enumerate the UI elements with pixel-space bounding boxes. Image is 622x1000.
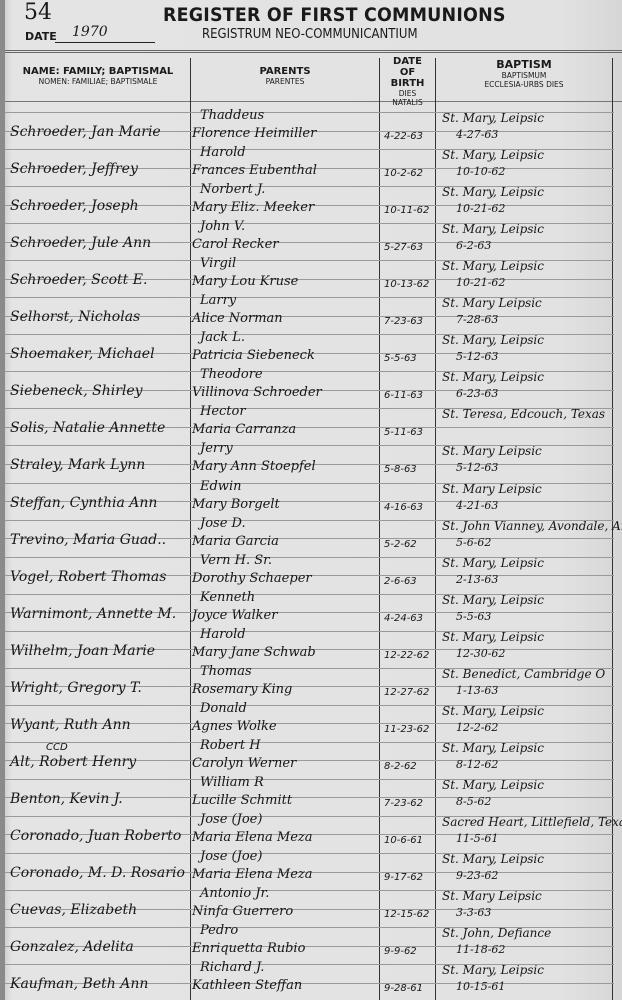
mother-name: Lucille Schmitt [192,793,292,808]
father-name: Virgil [200,256,236,271]
baptism-church: St. Mary, Leipsic [442,852,544,866]
communicant-name: Benton, Kevin J. [10,791,123,807]
column-header-divider [5,101,622,102]
column-header-birth-sub: DIES NATALIS [390,89,426,107]
entry-note: CCD [46,742,68,753]
column-header-baptism: BAPTISM BAPTISMUM ECCLESIA-URBS DIES [436,58,612,89]
baptism-date: 5-12-63 [456,350,498,363]
mother-name: Mary Ann Stoepfel [192,459,316,474]
baptism-date: 10-21-62 [456,202,505,215]
column-divider-birth-baptism [435,58,436,1000]
communicant-name: Straley, Mark Lynn [10,457,145,473]
register-page: 54 REGISTER OF FIRST COMMUNIONS REGISTRU… [0,0,622,1000]
mother-name: Dorothy Schaeper [192,571,312,586]
father-name: Pedro [200,923,238,938]
date-value: 1970 [72,24,108,40]
mother-name: Maria Elena Meza [192,867,313,882]
header-divider [5,50,622,53]
father-name: Thaddeus [200,108,264,123]
page-subtitle: REGISTRUM NEO-COMMUNICANTIUM [202,27,418,42]
father-name: Robert H [200,738,261,753]
mother-name: Mary Eliz. Meeker [192,200,314,215]
communicant-name: Warnimont, Annette M. [10,606,176,622]
birth-date: 12-22-62 [384,650,429,661]
father-name: Harold [200,145,246,160]
communicant-name: Trevino, Maria Guad.. [10,532,166,548]
mother-name: Enriquetta Rubio [192,941,305,956]
date-label: DATE [25,30,57,43]
mother-name: Mary Borgelt [192,497,280,512]
baptism-church: Sacred Heart, Littlefield, Texas [442,815,622,829]
mother-name: Mary Jane Schwab [192,645,316,660]
father-name: Jose (Joe) [200,812,262,827]
birth-date: 2-6-63 [384,576,417,587]
communicant-name: Schroeder, Joseph [10,198,139,214]
mother-name: Florence Heimiller [192,126,316,141]
baptism-church: St. Mary, Leipsic [442,370,544,384]
baptism-church: St. Mary, Leipsic [442,185,544,199]
birth-date: 5-8-63 [384,464,417,475]
baptism-date: 5-6-62 [456,536,491,549]
baptism-date: 6-23-63 [456,387,498,400]
baptism-church: St. Mary, Leipsic [442,630,544,644]
column-header-name: NAME: FAMILY; BAPTISMAL NOMEN: FAMILIAE;… [8,66,188,86]
mother-name: Kathleen Steffan [192,978,302,993]
mother-name: Patricia Siebeneck [192,348,315,363]
communicant-name: Schroeder, Scott E. [10,272,147,288]
baptism-date: 2-13-63 [456,573,498,586]
communicant-name: Kaufman, Beth Ann [10,976,148,992]
father-name: Jack L. [200,330,245,345]
baptism-church: St. John Vianney, Avondale, Ariz [442,519,622,533]
baptism-date: 1-13-63 [456,684,498,697]
communicant-name: Coronado, M. D. Rosario [10,865,185,881]
column-header-birth-main: DATE OF BIRTH [388,56,428,89]
birth-date: 7-23-62 [384,798,423,809]
baptism-date: 7-28-63 [456,313,498,326]
column-divider-parents-birth [379,58,380,1000]
father-name: Jose D. [200,516,246,531]
mother-name: Agnes Wolke [192,719,277,734]
baptism-church: St. Mary, Leipsic [442,111,544,125]
communicant-name: Wyant, Ruth Ann [10,717,131,733]
birth-date: 10-11-62 [384,205,429,216]
baptism-date: 6-2-63 [456,239,491,252]
baptism-date: 11-5-61 [456,832,498,845]
column-header-baptism-sub: BAPTISMUM ECCLESIA-URBS DIES [484,71,564,89]
column-divider-name-parents [190,58,191,1000]
baptism-date: 10-15-61 [456,980,505,993]
communicant-name: Schroeder, Jule Ann [10,235,151,251]
baptism-date: 12-30-62 [456,647,505,660]
column-header-name-sub: NOMEN: FAMILIAE; BAPTISMALE [8,77,188,86]
mother-name: Carol Recker [192,237,279,252]
communicant-name: Wilhelm, Joan Marie [10,643,155,659]
communicant-name: Siebeneck, Shirley [10,383,143,399]
baptism-date: 10-10-62 [456,165,505,178]
column-header-parents: PARENTS PARENTES [192,66,378,86]
baptism-date: 5-12-63 [456,461,498,474]
father-name: Richard J. [200,960,264,975]
baptism-church: St. Mary, Leipsic [442,333,544,347]
father-name: Norbert J. [200,182,265,197]
birth-date: 9-28-61 [384,983,423,994]
column-header-parents-main: PARENTS [192,66,378,77]
father-name: Larry [200,293,236,308]
father-name: Harold [200,627,246,642]
baptism-church: St. Mary, Leipsic [442,778,544,792]
mother-name: Maria Elena Meza [192,830,313,845]
father-name: Theodore [200,367,263,382]
baptism-church: St. Mary Leipsic [442,482,542,496]
father-name: Hector [200,404,246,419]
mother-name: Mary Lou Kruse [192,274,298,289]
communicant-name: Selhorst, Nicholas [10,309,140,325]
page-title: REGISTER OF FIRST COMMUNIONS [163,4,506,26]
communicant-name: Schroeder, Jeffrey [10,161,138,177]
column-header-baptism-main: BAPTISM [436,58,612,71]
baptism-church: St. Benedict, Cambridge O [442,667,605,681]
date-underline [55,42,155,43]
birth-date: 5-27-63 [384,242,423,253]
page-number: 54 [24,0,52,25]
father-name: Kenneth [200,590,255,605]
mother-name: Maria Carranza [192,422,296,437]
baptism-church: St. Mary, Leipsic [442,556,544,570]
birth-date: 8-2-62 [384,761,417,772]
father-name: Vern H. Sr. [200,553,272,568]
baptism-church: St. Teresa, Edcouch, Texas [442,407,605,421]
birth-date: 5-11-63 [384,427,423,438]
baptism-church: St. Mary, Leipsic [442,704,544,718]
father-name: William R [200,775,264,790]
father-name: Donald [200,701,247,716]
mother-name: Rosemary King [192,682,292,697]
communicant-name: Alt, Robert Henry [10,754,136,770]
communicant-name: Vogel, Robert Thomas [10,569,166,585]
birth-date: 4-16-63 [384,502,423,513]
father-name: Jose (Joe) [200,849,262,864]
birth-date: 9-17-62 [384,872,423,883]
baptism-date: 11-18-62 [456,943,505,956]
baptism-date: 4-27-63 [456,128,498,141]
baptism-date: 5-5-63 [456,610,491,623]
baptism-date: 4-21-63 [456,499,498,512]
mother-name: Frances Eubenthal [192,163,317,178]
baptism-church: St. Mary, Leipsic [442,963,544,977]
communicant-name: Shoemaker, Michael [10,346,155,362]
baptism-church: St. Mary Leipsic [442,889,542,903]
communicant-name: Solis, Natalie Annette [10,420,165,436]
baptism-church: St. Mary, Leipsic [442,593,544,607]
birth-date: 12-15-62 [384,909,429,920]
communicant-name: Gonzalez, Adelita [10,939,134,955]
birth-date: 12-27-62 [384,687,429,698]
baptism-date: 3-3-63 [456,906,491,919]
column-header-birth: DATE OF BIRTH DIES NATALIS [380,56,435,107]
baptism-date: 12-2-62 [456,721,498,734]
birth-date: 11-23-62 [384,724,429,735]
birth-date: 7-23-63 [384,316,423,327]
father-name: Antonio Jr. [200,886,269,901]
baptism-church: St. Mary, Leipsic [442,741,544,755]
column-header-parents-sub: PARENTES [192,77,378,86]
communicant-name: Steffan, Cynthia Ann [10,495,157,511]
baptism-church: St. Mary Leipsic [442,444,542,458]
father-name: Thomas [200,664,252,679]
baptism-date: 8-5-62 [456,795,491,808]
father-name: John V. [200,219,245,234]
birth-date: 10-13-62 [384,279,429,290]
column-header-name-main: NAME: FAMILY; BAPTISMAL [8,66,188,77]
communicant-name: Schroeder, Jan Marie [10,124,161,140]
mother-name: Alice Norman [192,311,283,326]
mother-name: Joyce Walker [192,608,277,623]
birth-date: 10-2-62 [384,168,423,179]
baptism-date: 9-23-62 [456,869,498,882]
mother-name: Ninfa Guerrero [192,904,293,919]
communicant-name: Cuevas, Elizabeth [10,902,137,918]
baptism-church: St. Mary, Leipsic [442,148,544,162]
birth-date: 9-9-62 [384,946,417,957]
baptism-church: St. Mary Leipsic [442,296,542,310]
baptism-date: 8-12-62 [456,758,498,771]
birth-date: 5-2-62 [384,539,417,550]
communicant-name: Coronado, Juan Roberto [10,828,181,844]
birth-date: 6-11-63 [384,390,423,401]
birth-date: 4-22-63 [384,131,423,142]
father-name: Edwin [200,479,241,494]
birth-date: 5-5-63 [384,353,417,364]
baptism-church: St. Mary, Leipsic [442,222,544,236]
birth-date: 10-6-61 [384,835,423,846]
baptism-church: St. Mary, Leipsic [442,259,544,273]
birth-date: 4-24-63 [384,613,423,624]
baptism-date: 10-21-62 [456,276,505,289]
father-name: Jerry [200,441,233,456]
mother-name: Villinova Schroeder [192,385,322,400]
communicant-name: Wright, Gregory T. [10,680,142,696]
mother-name: Carolyn Werner [192,756,296,771]
mother-name: Maria Garcia [192,534,279,549]
baptism-church: St. John, Defiance [442,926,551,940]
